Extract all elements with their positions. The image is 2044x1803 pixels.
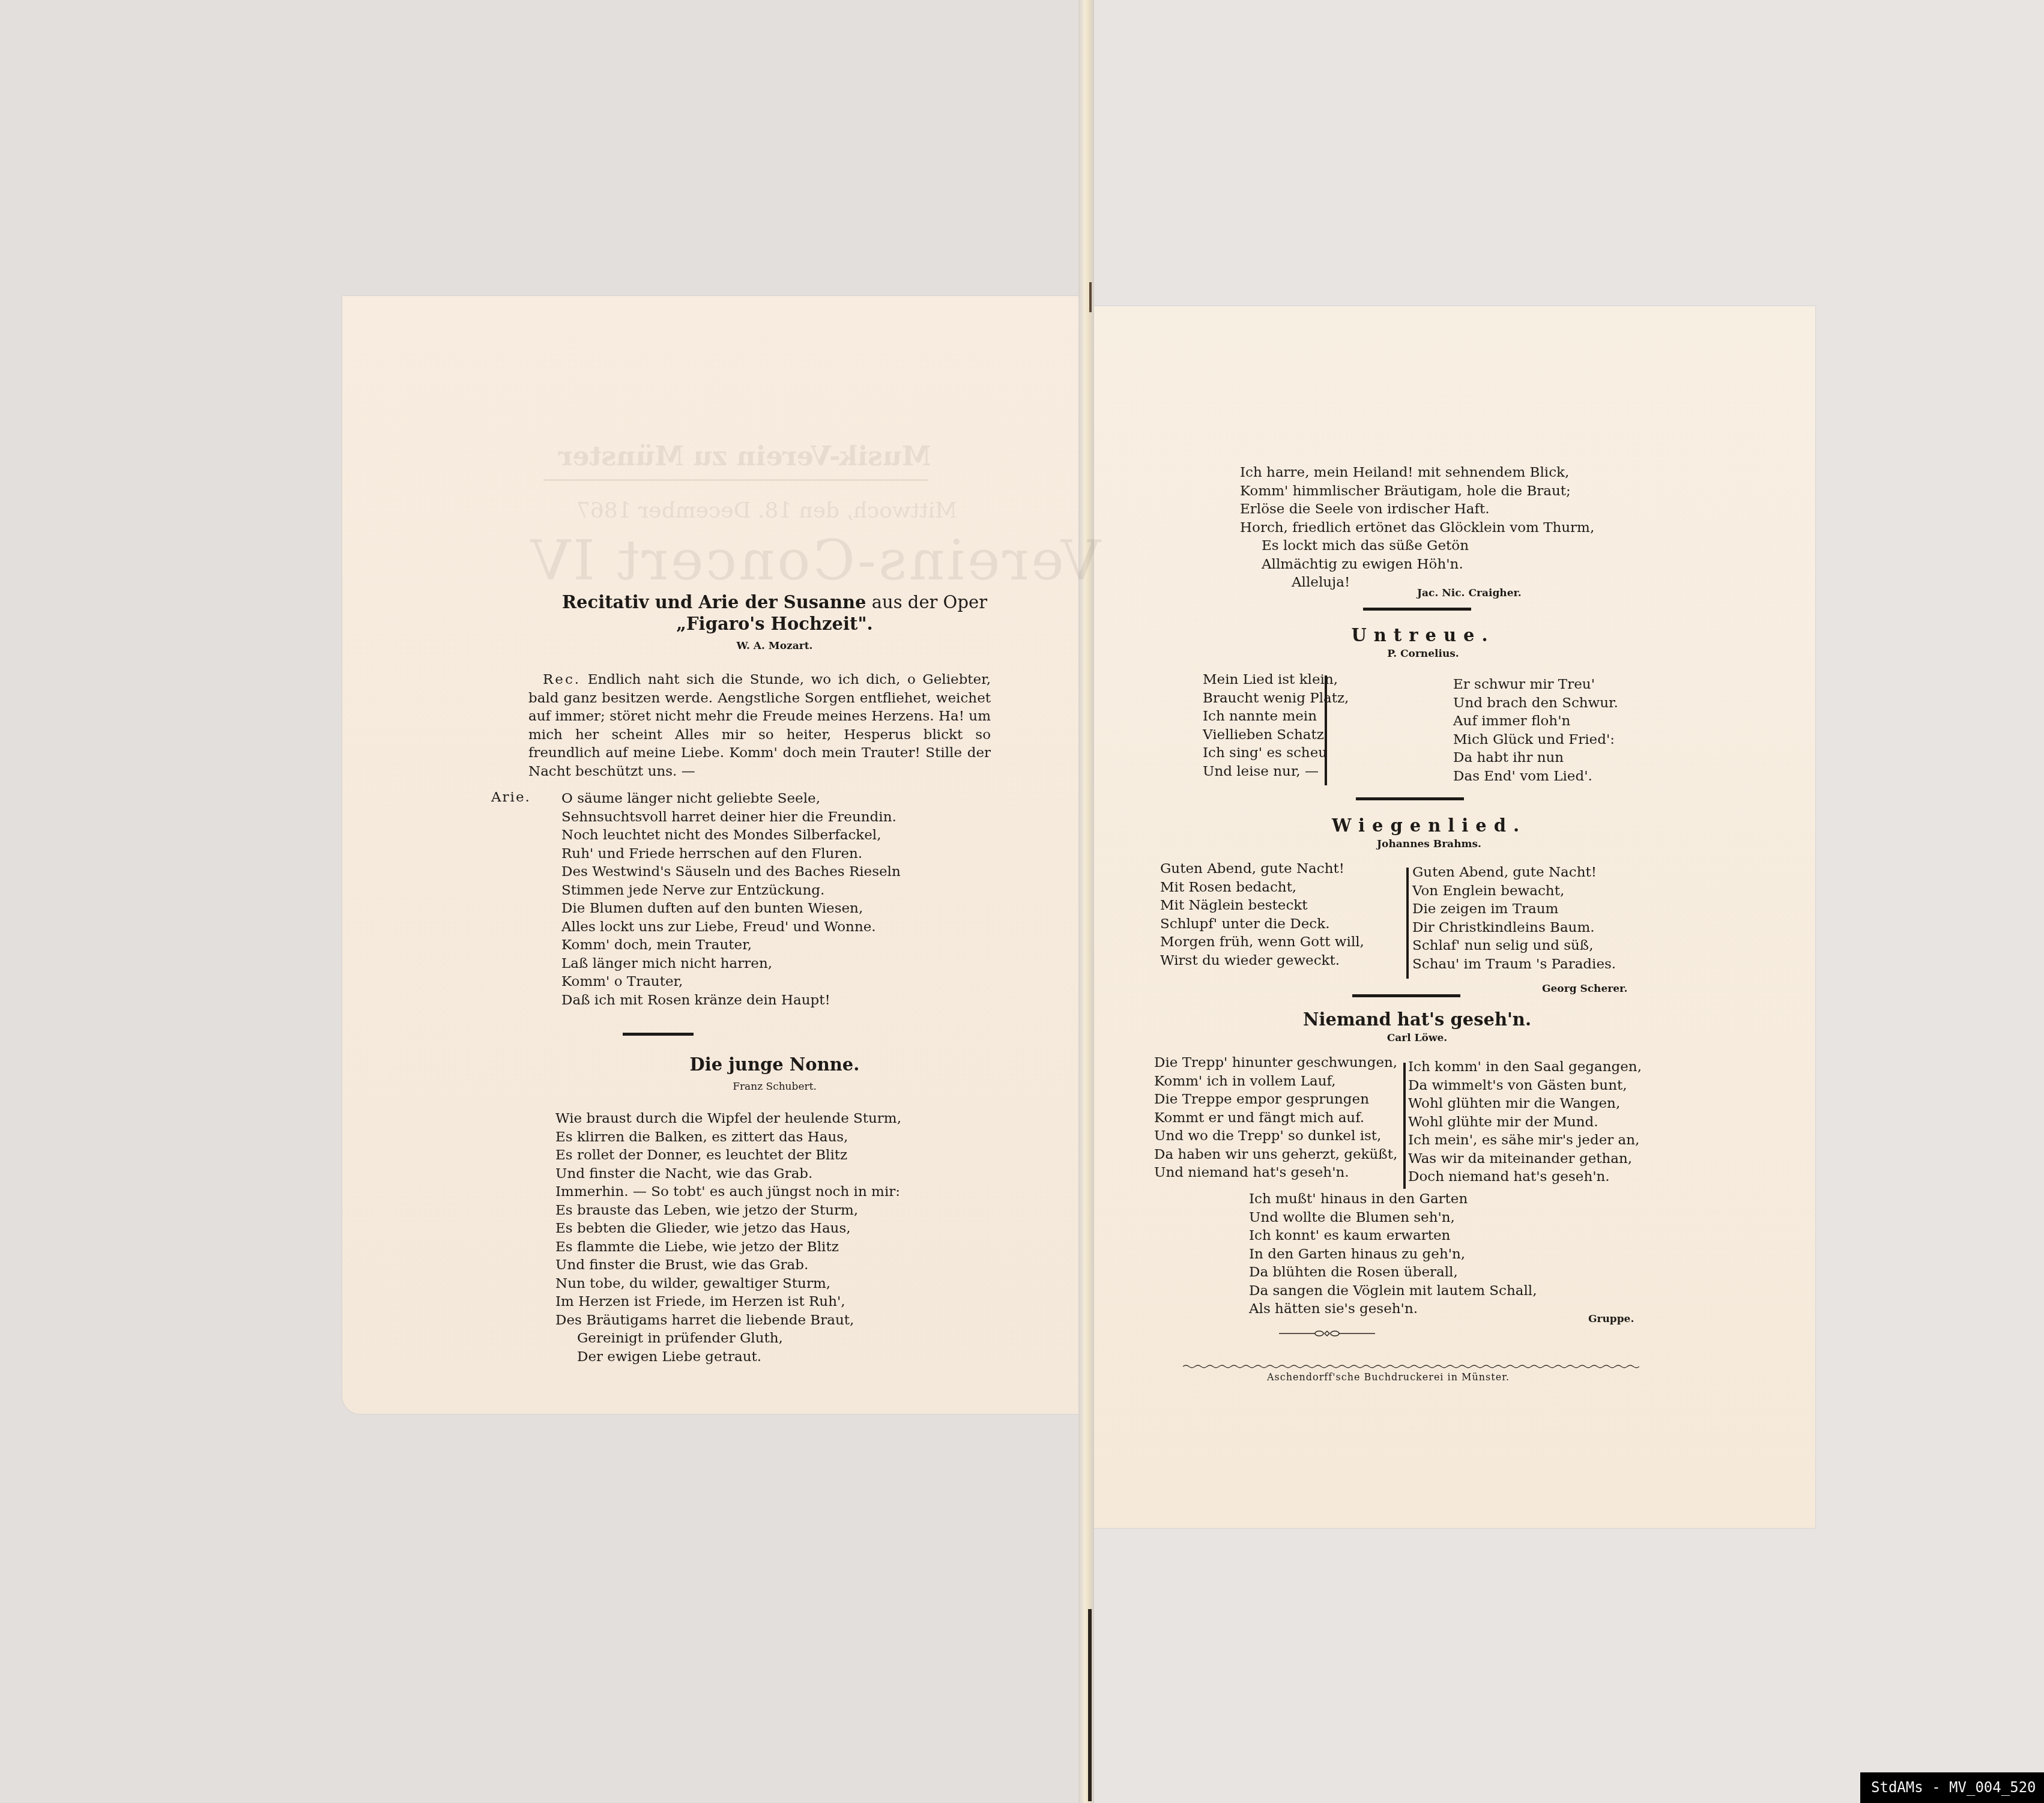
column-divider xyxy=(1403,1063,1406,1189)
verse-line: Mit Rosen bedacht, xyxy=(1160,878,1364,897)
verse-line: Schlupf' unter die Deck. xyxy=(1160,915,1364,934)
verse-line: Die Treppe empor gesprungen xyxy=(1154,1090,1397,1109)
bleed-through-line3: Vereins-Concert IV xyxy=(528,528,1101,593)
verse-line: Ich mußt' hinaus in den Garten xyxy=(1249,1190,1537,1209)
untreue-right-column: Er schwur mir Treu' Und brach den Schwur… xyxy=(1453,675,1618,785)
verse-line: Doch niemand hat's geseh'n. xyxy=(1408,1168,1642,1186)
verse-line: Wohl glühte mir der Mund. xyxy=(1408,1113,1642,1132)
verse-line: Daß ich mit Rosen kränze dein Haupt! xyxy=(561,991,901,1010)
verse-line: Als hätten sie's geseh'n. xyxy=(1249,1300,1537,1318)
arie-verse: O säume länger nicht geliebte Seele, Seh… xyxy=(561,790,901,1009)
archive-id-label: StdAMs - MV_004_520 xyxy=(1860,1772,2044,1803)
section-divider xyxy=(623,1033,694,1036)
wiegenlied-title: Wiegenlied. xyxy=(1201,815,1657,836)
wiegenlied-composer: Johannes Brahms. xyxy=(1201,836,1657,852)
verse-line: Des Bräutigams harret die liebende Braut… xyxy=(555,1311,901,1330)
niemand-header: Niemand hat's geseh'n. Carl Löwe. xyxy=(1177,1009,1657,1046)
verse-line: Da blühten die Rosen überall, xyxy=(1249,1263,1537,1282)
verse-line: Wohl glühten mir die Wangen, xyxy=(1408,1095,1642,1113)
verse-line: Der ewigen Liebe getraut. xyxy=(555,1348,901,1367)
wiegenlied-right-column: Guten Abend, gute Nacht! Von Englein bew… xyxy=(1412,863,1616,973)
verse-line: Es flammte die Liebe, wie jetzo der Blit… xyxy=(555,1238,901,1257)
verse-line: Es lockt mich das süße Getön xyxy=(1240,537,1594,555)
verse-line: Und wo die Trepp' so dunkel ist, xyxy=(1154,1127,1397,1146)
verse-line: Ich harre, mein Heiland! mit sehnendem B… xyxy=(1240,464,1594,482)
verse-line: Komm' o Trauter, xyxy=(561,973,901,991)
printer-imprint: Aschendorff'sche Buchdruckerei in Münste… xyxy=(1267,1371,1510,1383)
verse-line: Von Englein bewacht, xyxy=(1412,882,1616,901)
verse-line: Ich konnt' es kaum erwarten xyxy=(1249,1227,1537,1245)
verse-line: Und finster die Nacht, wie das Grab. xyxy=(555,1165,901,1183)
verse-line: Ich komm' in den Saal gegangen, xyxy=(1408,1058,1642,1077)
verse-line: Komm' ich in vollem Lauf, xyxy=(1154,1072,1397,1091)
verse-line: Da sangen die Vöglein mit lautem Schall, xyxy=(1249,1282,1537,1300)
verse-line: Nun tobe, du wilder, gewaltiger Sturm, xyxy=(555,1275,901,1293)
figaro-title: Recitativ und Arie der Susanne aus der O… xyxy=(528,591,1021,613)
rec-label: Rec. xyxy=(528,672,581,687)
verse-line: Was wir da miteinander gethan, xyxy=(1408,1150,1642,1168)
verse-line: Immerhin. — So tobt' es auch jüngst noch… xyxy=(555,1183,901,1201)
untreue-composer: P. Cornelius. xyxy=(1201,646,1645,662)
verse-line: Schau' im Traum 's Paradies. xyxy=(1412,955,1616,974)
wiegenlied-header: Wiegenlied. Johannes Brahms. xyxy=(1201,815,1657,852)
verse-line: Mit Näglein besteckt xyxy=(1160,896,1364,915)
craigher-poet: Jac. Nic. Craigher. xyxy=(1417,587,1522,599)
verse-line: Guten Abend, gute Nacht! xyxy=(1412,863,1616,882)
verse-line: Das End' vom Lied'. xyxy=(1453,767,1618,786)
book-gutter xyxy=(1078,0,1094,1803)
verse-line: Ich mein', es sähe mir's jeder an, xyxy=(1408,1131,1642,1150)
verse-line: Es klirren die Balken, es zittert das Ha… xyxy=(555,1128,901,1147)
recitativ-paragraph: Rec. Endlich naht sich die Stunde, wo ic… xyxy=(528,671,991,781)
wiegenlied-left-column: Guten Abend, gute Nacht! Mit Rosen bedac… xyxy=(1160,860,1364,970)
verse-line: Schlaf' nun selig und süß, xyxy=(1412,937,1616,955)
nonne-header: Die junge Nonne. Franz Schubert. xyxy=(540,1054,1009,1095)
section-divider xyxy=(1363,608,1471,611)
gutter-shadow-top xyxy=(1089,282,1092,312)
nonne-continuation-verse: Ich harre, mein Heiland! mit sehnendem B… xyxy=(1240,464,1594,592)
verse-line: Wie braust durch die Wipfel der heulende… xyxy=(555,1110,901,1128)
column-divider xyxy=(1406,868,1409,979)
verse-line: Die Blumen duften auf den bunten Wiesen, xyxy=(561,899,901,918)
verse-line: Und brach den Schwur. xyxy=(1453,694,1618,713)
verse-line: Gereinigt in prüfender Gluth, xyxy=(555,1329,901,1348)
verse-line: Sehnsuchtsvoll harret deiner hier die Fr… xyxy=(561,808,901,827)
verse-line: Da wimmelt's von Gästen bunt, xyxy=(1408,1077,1642,1095)
verse-line: Und wollte die Blumen seh'n, xyxy=(1249,1209,1537,1227)
untreue-title: Untreue. xyxy=(1201,624,1645,646)
figaro-title-suffix: aus der Oper xyxy=(866,592,987,612)
verse-line: O säume länger nicht geliebte Seele, xyxy=(561,790,901,808)
verse-line: Laß länger mich nicht harren, xyxy=(561,955,901,973)
verse-line: Die zeigen im Traum xyxy=(1412,900,1616,919)
verse-line: Da haben wir uns geherzt, geküßt, xyxy=(1154,1146,1397,1164)
verse-line: Er schwur mir Treu' xyxy=(1453,675,1618,694)
verse-line: Und niemand hat's geseh'n. xyxy=(1154,1164,1397,1182)
bleed-through-line1: Musik-Verein zu Münster xyxy=(558,441,931,472)
section-divider xyxy=(1352,994,1460,997)
verse-line: Komm' himmlischer Bräutigam, hole die Br… xyxy=(1240,482,1594,501)
verse-line: Stimmen jede Nerve zur Entzückung. xyxy=(561,881,901,900)
niemand-right-column: Ich komm' in den Saal gegangen, Da wimme… xyxy=(1408,1058,1642,1186)
niemand-title: Niemand hat's geseh'n. xyxy=(1177,1009,1657,1030)
verse-line: Es rollet der Donner, es leuchtet der Bl… xyxy=(555,1146,901,1165)
verse-line: Im Herzen ist Friede, im Herzen ist Ruh'… xyxy=(555,1293,901,1311)
verse-line: Des Westwind's Säuseln und des Baches Ri… xyxy=(561,863,901,881)
niemand-composer: Carl Löwe. xyxy=(1177,1030,1657,1046)
verse-line: Kommt er und fängt mich auf. xyxy=(1154,1109,1397,1128)
wavy-rule xyxy=(1183,1363,1639,1370)
scherer-poet: Georg Scherer. xyxy=(1542,983,1627,995)
verse-line: Guten Abend, gute Nacht! xyxy=(1160,860,1364,878)
nonne-composer: Franz Schubert. xyxy=(540,1079,1009,1095)
verse-line: Es bebten die Glieder, wie jetzo das Hau… xyxy=(555,1219,901,1238)
verse-line: Und finster die Brust, wie das Grab. xyxy=(555,1256,901,1275)
arie-label: Arie. xyxy=(491,790,531,805)
verse-line: Erlöse die Seele von irdischer Haft. xyxy=(1240,500,1594,519)
verse-line: Da habt ihr nun xyxy=(1453,749,1618,767)
nonne-verse: Wie braust durch die Wipfel der heulende… xyxy=(555,1110,901,1366)
bleed-through-line2: Mittwoch, den 18. December 1867 xyxy=(576,498,957,523)
verse-line: Dir Christkindleins Baum. xyxy=(1412,919,1616,937)
verse-line: Morgen früh, wenn Gott will, xyxy=(1160,933,1364,952)
verse-line: In den Garten hinaus zu geh'n, xyxy=(1249,1245,1537,1264)
untreue-header: Untreue. P. Cornelius. xyxy=(1201,624,1645,662)
verse-line: Noch leuchtet nicht des Mondes Silberfac… xyxy=(561,826,901,845)
verse-line: Allmächtig zu ewigen Höh'n. xyxy=(1240,555,1594,574)
verse-line: Horch, friedlich ertönet das Glöcklein v… xyxy=(1240,519,1594,537)
section-divider xyxy=(1356,797,1464,800)
verse-line: Mich Glück und Fried': xyxy=(1453,731,1618,749)
niemand-final-stanza: Ich mußt' hinaus in den Garten Und wollt… xyxy=(1249,1190,1537,1318)
gutter-shadow-bottom xyxy=(1088,1609,1092,1801)
verse-line: Komm' doch, mein Trauter, xyxy=(561,936,901,955)
figaro-title-main: Recitativ und Arie der Susanne xyxy=(562,592,866,612)
verse-line: Es brauste das Leben, wie jetzo der Stur… xyxy=(555,1201,901,1220)
figaro-section: Recitativ und Arie der Susanne aus der O… xyxy=(528,591,1021,654)
niemand-left-column: Die Trepp' hinunter geschwungen, Komm' i… xyxy=(1154,1054,1397,1182)
column-divider xyxy=(1325,675,1327,785)
verse-line: Die Trepp' hinunter geschwungen, xyxy=(1154,1054,1397,1072)
verse-line: Ruh' und Friede herrschen auf den Fluren… xyxy=(561,845,901,863)
verse-line: Wirst du wieder geweckt. xyxy=(1160,952,1364,970)
nonne-title: Die junge Nonne. xyxy=(540,1054,1009,1075)
figaro-composer: W. A. Mozart. xyxy=(528,638,1021,654)
bleed-through-rule xyxy=(543,479,928,481)
recitativ-text: Endlich naht sich die Stunde, wo ich dic… xyxy=(528,672,991,779)
verse-line: Alles lockt uns zur Liebe, Freud' und Wo… xyxy=(561,918,901,937)
ornament-divider xyxy=(1279,1329,1375,1338)
gruppe-poet: Gruppe. xyxy=(1588,1313,1634,1325)
figaro-title-line2: „Figaro's Hochzeit". xyxy=(528,613,1021,635)
verse-line: Auf immer floh'n xyxy=(1453,712,1618,731)
